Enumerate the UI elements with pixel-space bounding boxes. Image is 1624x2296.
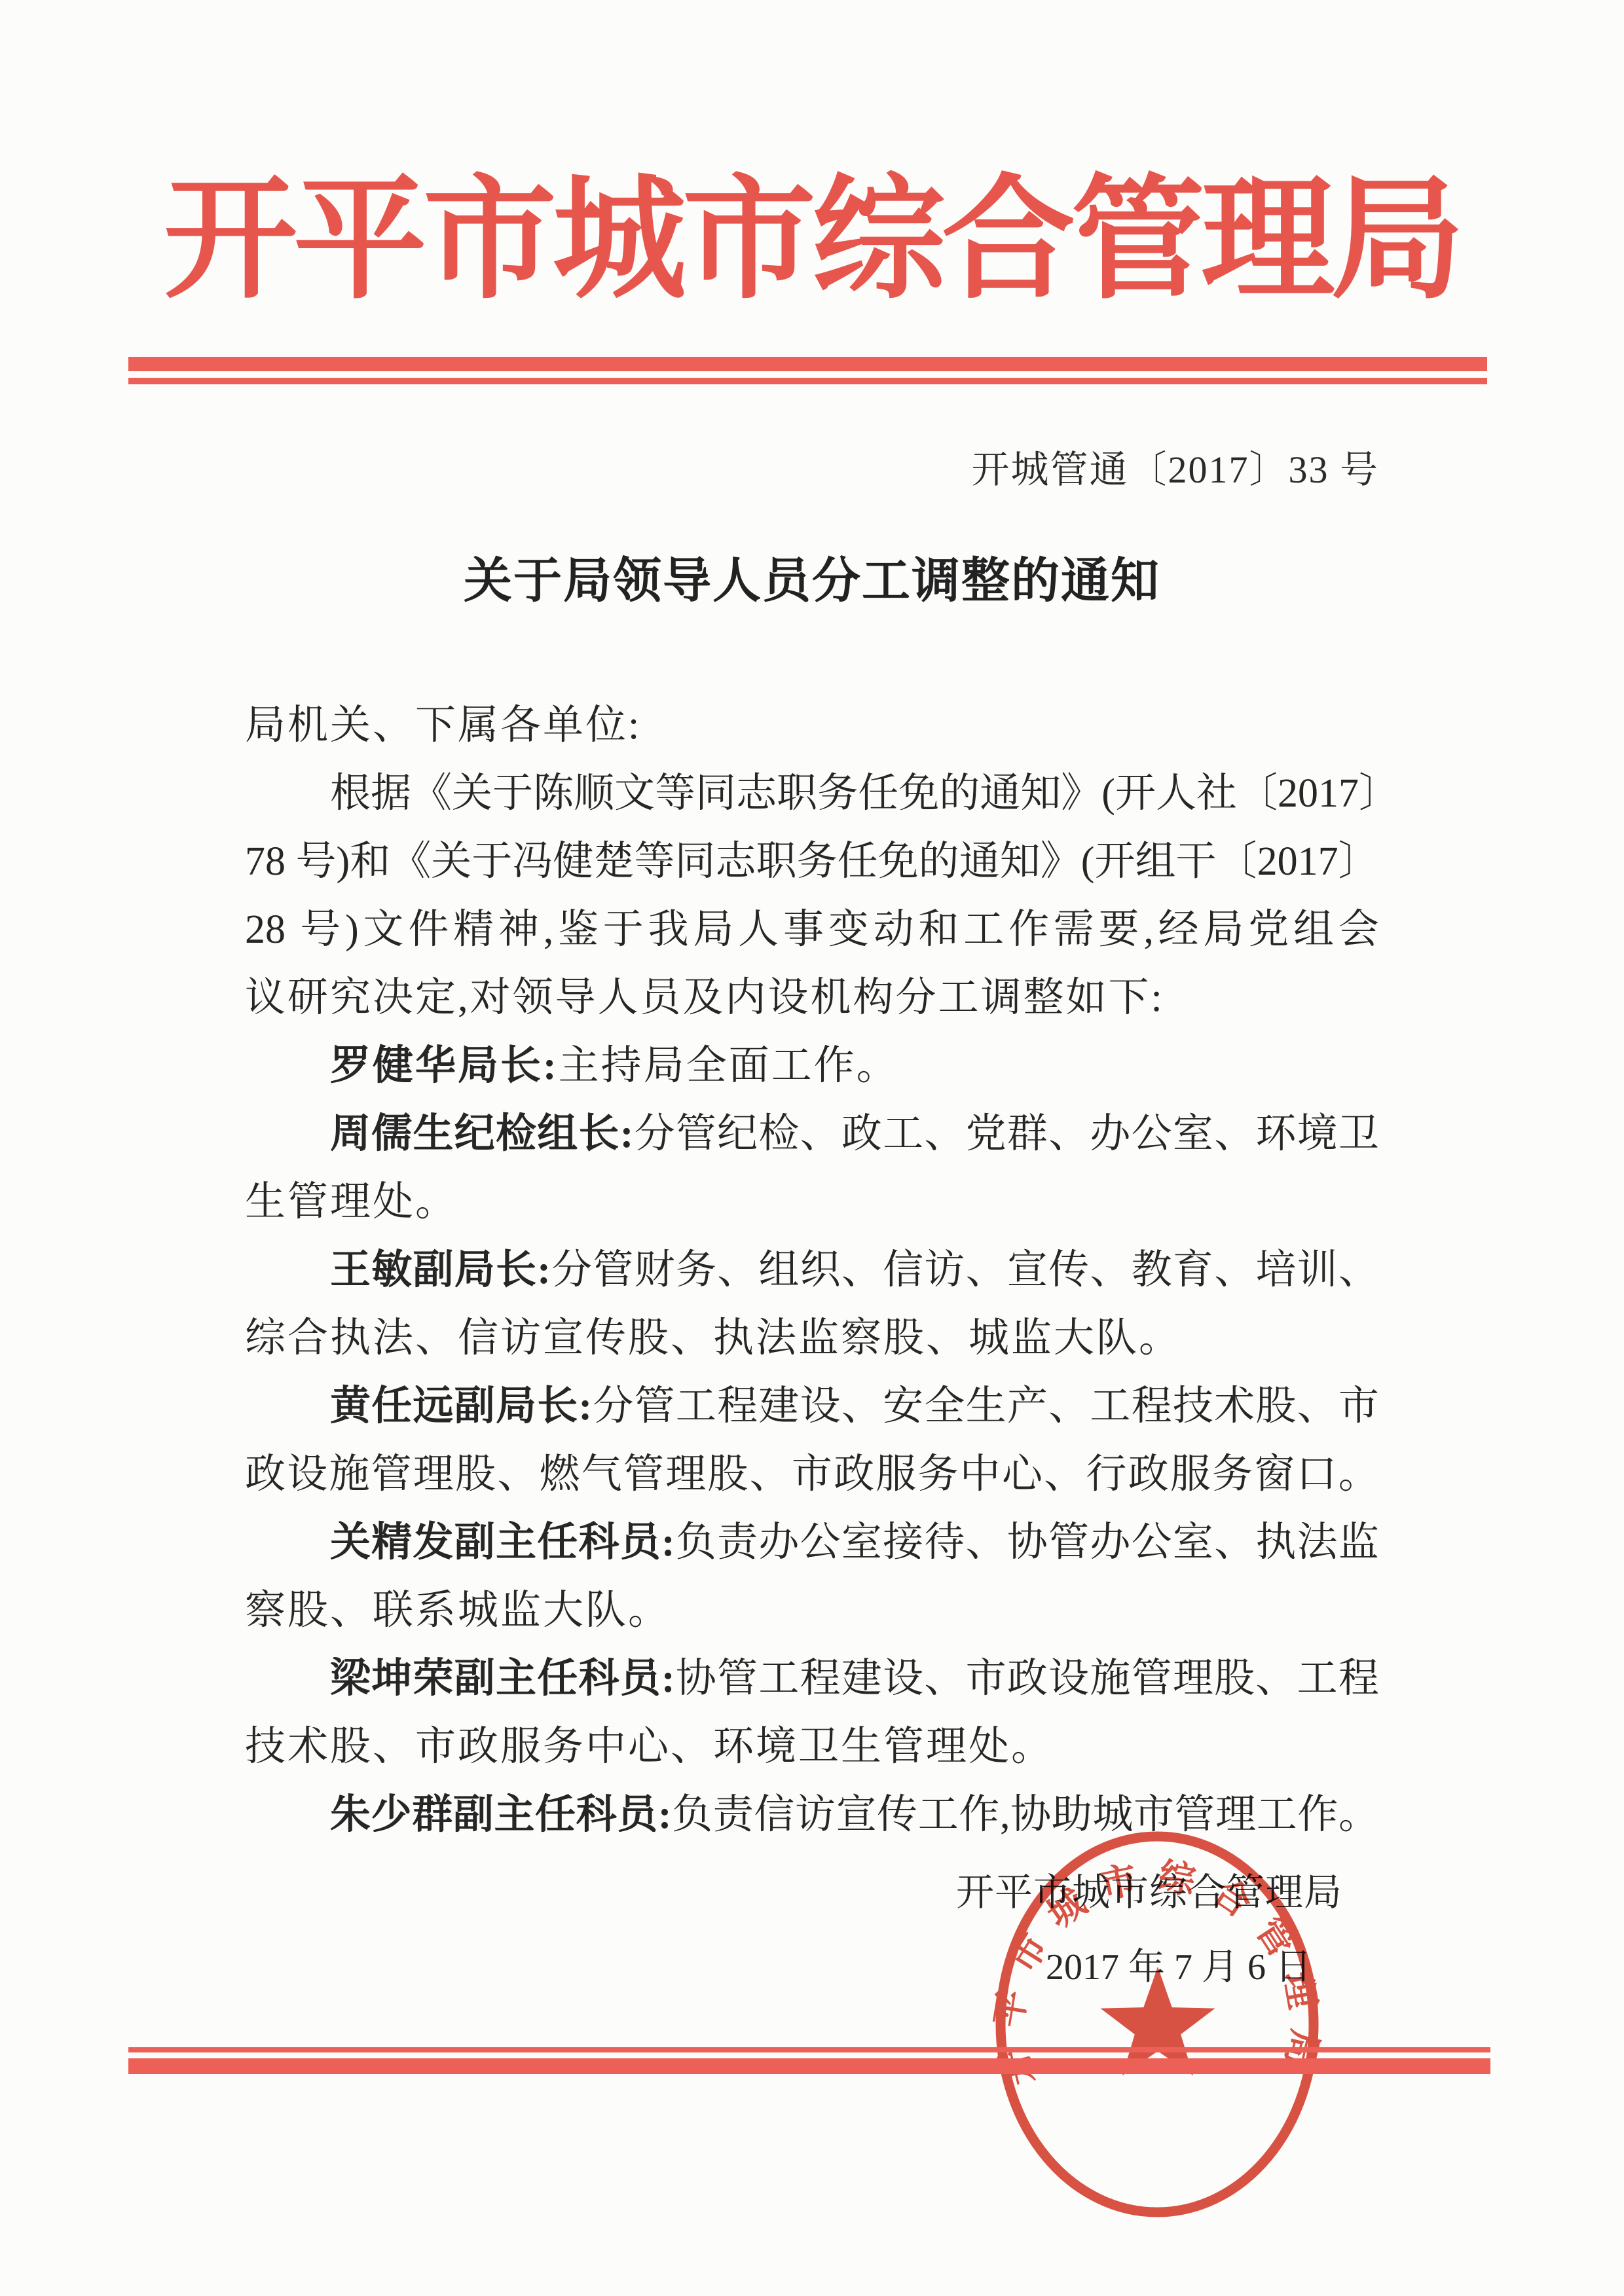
body-line: 周儒生纪检组长:分管纪检、政工、党群、办公室、环境卫	[245, 1100, 1379, 1168]
body-line: 综合执法、信访宣传股、执法监察股、城监大队。	[245, 1304, 1379, 1372]
body-line: 梁坤荣副主任科员:协管工程建设、市政设施管理股、工程	[245, 1645, 1379, 1713]
footer-rule-thin	[128, 2047, 1490, 2052]
body-line: 78 号)和《关于冯健楚等同志职务任免的通知》(开组干〔2017〕	[245, 828, 1379, 896]
body-line: 罗健华局长:主持局全面工作。	[245, 1032, 1379, 1100]
letterhead-rule-thick	[128, 357, 1487, 371]
letterhead-agency-name: 开平市城市综合管理局	[0, 168, 1624, 314]
body-line: 根据《关于陈顺文等同志职务任免的通知》(开人社〔2017〕	[245, 759, 1379, 828]
official-seal: 开平市城市综合管理局	[990, 1831, 1324, 2219]
document-body: 局机关、下属各单位: 根据《关于陈顺文等同志职务任免的通知》(开人社〔2017〕…	[245, 691, 1379, 1849]
body-line: 生管理处。	[245, 1168, 1379, 1236]
body-line: 王敏副局长:分管财务、组织、信访、宣传、教育、培训、	[245, 1236, 1379, 1304]
document-number: 开城管通〔2017〕33 号	[971, 447, 1379, 493]
body-line: 关精发副主任科员:负责办公室接待、协管办公室、执法监	[245, 1508, 1379, 1576]
document-page: 开平市城市综合管理局 开城管通〔2017〕33 号 关于局领导人员分工调整的通知…	[0, 0, 1624, 2296]
document-title: 关于局领导人员分工调整的通知	[0, 554, 1624, 610]
body-line: 察股、联系城监大队。	[245, 1576, 1379, 1645]
body-line: 黄任远副局长:分管工程建设、安全生产、工程技术股、市	[245, 1372, 1379, 1440]
footer-rule-thick	[128, 2058, 1490, 2074]
body-line: 技术股、市政服务中心、环境卫生管理处。	[245, 1713, 1379, 1781]
letterhead-rule-thin	[128, 378, 1487, 384]
body-line: 政设施管理股、燃气管理股、市政服务中心、行政服务窗口。	[245, 1440, 1379, 1508]
body-line: 局机关、下属各单位:	[245, 691, 1379, 759]
body-line: 28 号)文件精神,鉴于我局人事变动和工作需要,经局党组会	[245, 896, 1379, 964]
body-line: 议研究决定,对领导人员及内设机构分工调整如下:	[245, 964, 1379, 1032]
